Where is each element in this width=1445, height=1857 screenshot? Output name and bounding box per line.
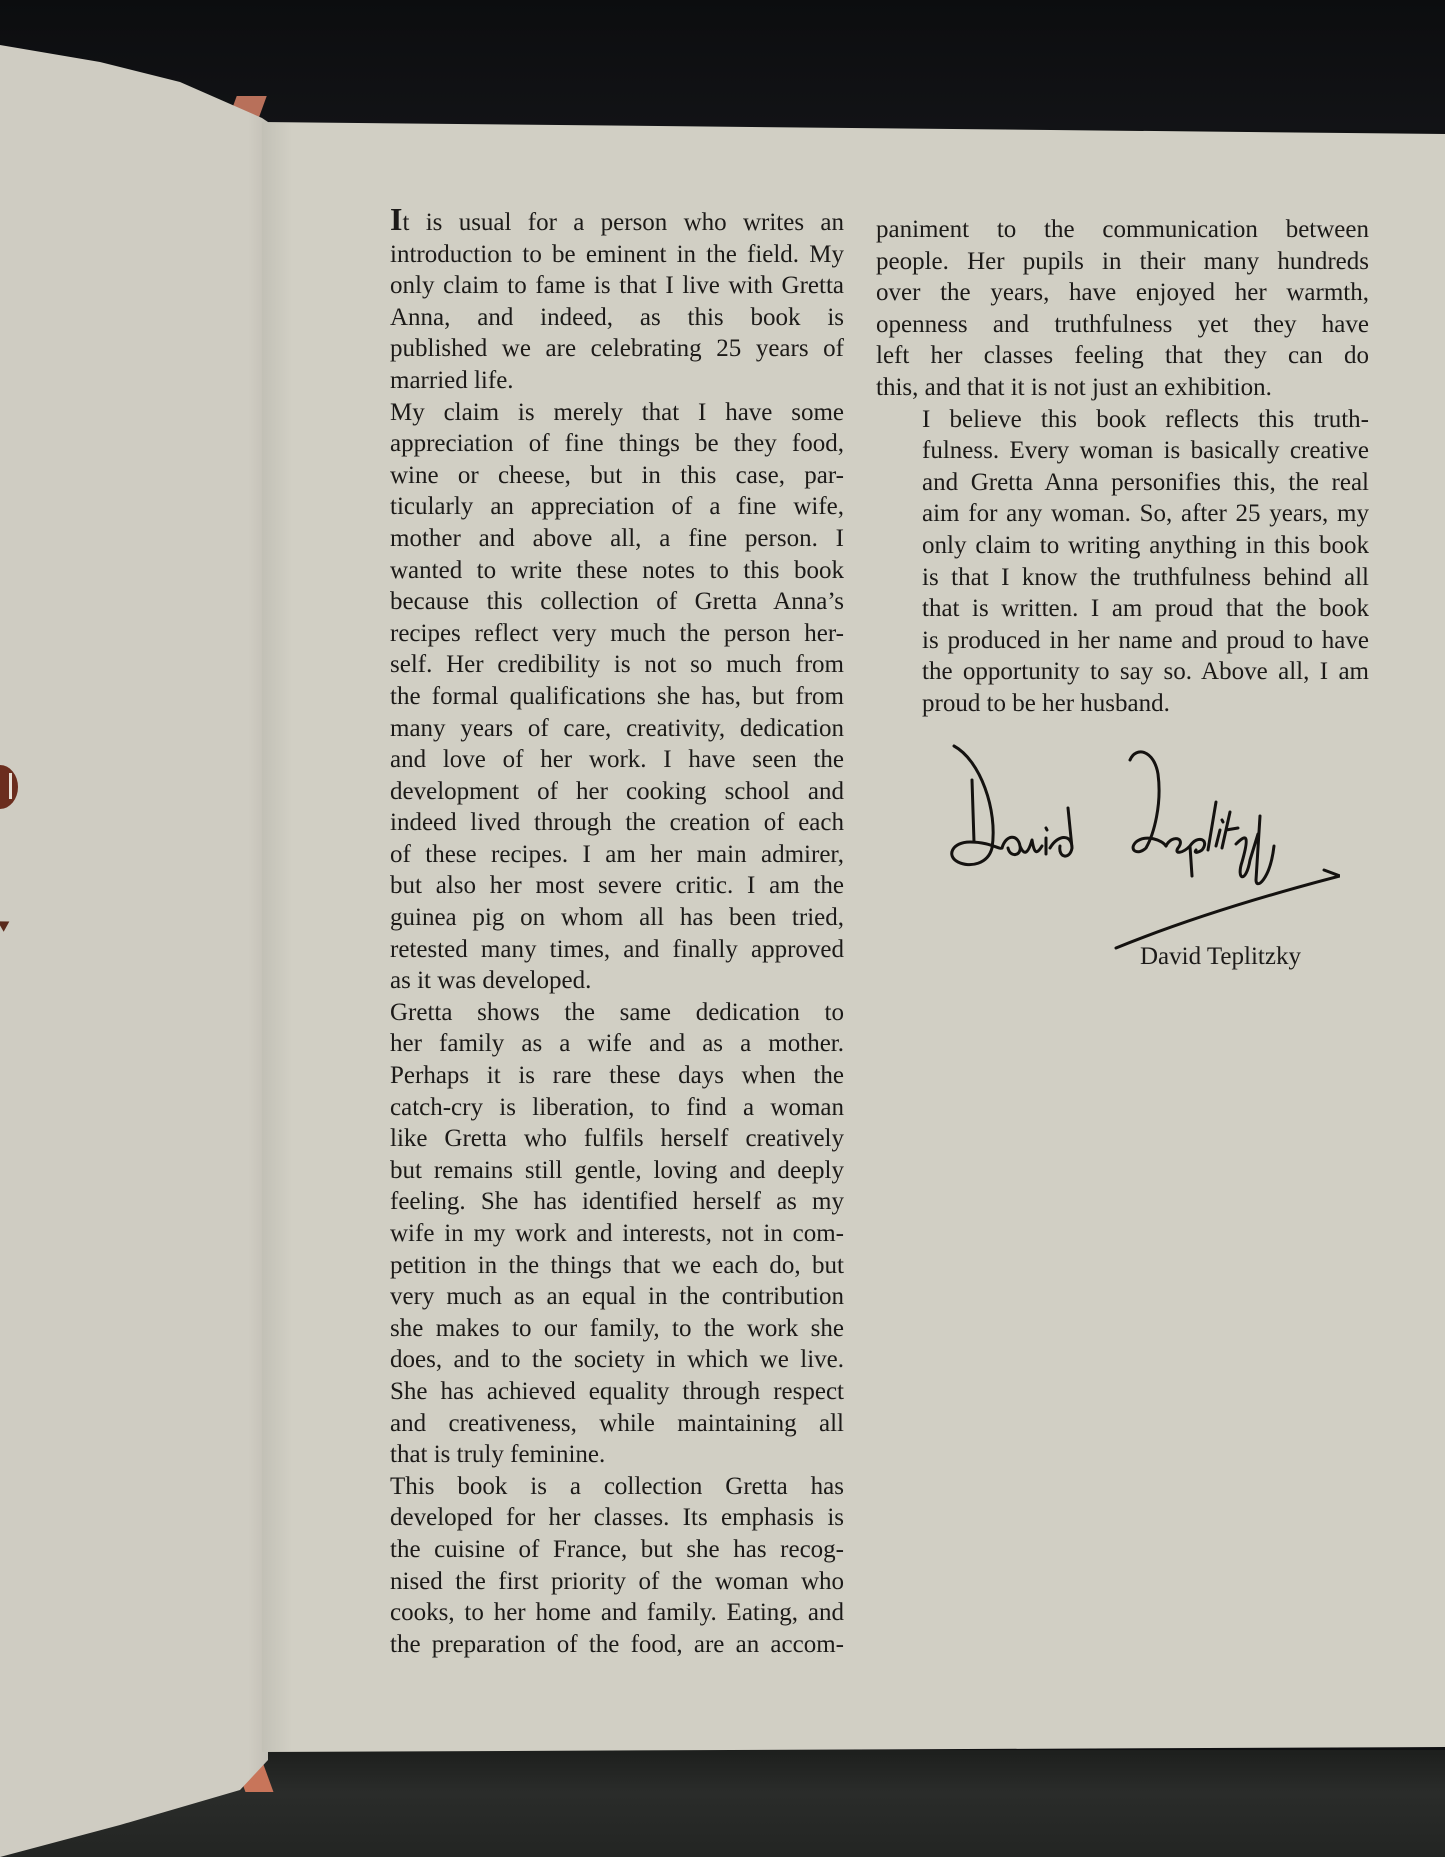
text-line: is that I know the truthfulness behind a… — [876, 562, 1369, 594]
text-line: paniment to the communication between — [876, 214, 1369, 246]
paragraph-1: It is usual for a person who writes an i… — [344, 204, 844, 397]
paragraph-4: This book is a collection Gretta has dev… — [344, 1471, 844, 1661]
text-line: guinea pig on whom all has been tried, — [344, 902, 844, 934]
paragraph-closing: I believe this book reflects this truth-… — [876, 404, 1369, 720]
handwritten-signature — [940, 730, 1340, 950]
text-line: her family as a wife and as a mother. — [344, 1028, 844, 1060]
text-line: and Gretta Anna personifies this, the re… — [876, 467, 1369, 499]
text-line: over the years, have enjoyed her warmth, — [876, 277, 1369, 309]
text-column-right: paniment to the communication between pe… — [876, 214, 1369, 720]
text-line: petition in the things that we each do, … — [344, 1250, 844, 1282]
text-line: I believe this book reflects this truth- — [876, 404, 1369, 436]
text-line: Anna, and indeed, as this book is — [344, 302, 844, 334]
text-line: Perhaps it is rare these days when the — [344, 1060, 844, 1092]
text-line: fulness. Every woman is basically creati… — [876, 435, 1369, 467]
text-line: self. Her credibility is not so much fro… — [344, 649, 844, 681]
text-line: the cuisine of France, but she has recog… — [344, 1534, 844, 1566]
text-line: and creativeness, while maintaining all — [344, 1408, 844, 1440]
text-column-left: It is usual for a person who writes an i… — [344, 204, 844, 1660]
text-line: recipes reflect very much the person her… — [344, 618, 844, 650]
text-line: the opportunity to say so. Above all, I … — [876, 656, 1369, 688]
text-line: aim for any woman. So, after 25 years, m… — [876, 498, 1369, 530]
drop-cap: I — [390, 201, 402, 237]
text-line: She has achieved equality through respec… — [344, 1376, 844, 1408]
text-line: people. Her pupils in their many hundred… — [876, 246, 1369, 278]
text-line: retested many times, and finally approve… — [344, 934, 844, 966]
text-line: this, and that it is not just an exhibit… — [876, 372, 1369, 404]
paragraph-continued: paniment to the communication between pe… — [876, 214, 1369, 404]
text-line: feeling. She has identified herself as m… — [344, 1186, 844, 1218]
text-line: catch-cry is liberation, to find a woman — [344, 1092, 844, 1124]
text-line: This book is a collection Gretta has — [344, 1471, 844, 1503]
text-line: It is usual for a person who writes an — [344, 204, 844, 239]
gutter-shadow-right — [262, 122, 292, 1752]
text-line: indeed lived through the creation of eac… — [344, 807, 844, 839]
signer-printed-name: David Teplitzky — [1140, 943, 1301, 971]
left-page — [0, 0, 268, 1857]
text-line: mother and above all, a fine person. I — [344, 523, 844, 555]
text-line: and love of her work. I have seen the — [344, 744, 844, 776]
text-line: the preparation of the food, are an acco… — [344, 1629, 844, 1661]
text-line: the formal qualifications she has, but f… — [344, 681, 844, 713]
text-line: introduction to be eminent in the field.… — [344, 239, 844, 271]
text-line: left her classes feeling that they can d… — [876, 340, 1369, 372]
text-line: but also her most severe critic. I am th… — [344, 870, 844, 902]
text-line: Gretta shows the same dedication to — [344, 997, 844, 1029]
text-line: My claim is merely that I have some — [344, 397, 844, 429]
paragraph-3: Gretta shows the same dedication to her … — [344, 997, 844, 1471]
text-line: development of her cooking school and — [344, 776, 844, 808]
text-line: wanted to write these notes to this book — [344, 555, 844, 587]
text-line: many years of care, creativity, dedicati… — [344, 713, 844, 745]
text-line: appreciation of fine things be they food… — [344, 428, 844, 460]
text-line: married life. — [344, 365, 844, 397]
text-line: is produced in her name and proud to hav… — [876, 625, 1369, 657]
text-line: developed for her classes. Its emphasis … — [344, 1502, 844, 1534]
text-line: because this collection of Gretta Anna’s — [344, 586, 844, 618]
paragraph-2: My claim is merely that I have some appr… — [344, 397, 844, 997]
text-line: of these recipes. I am her main admirer, — [344, 839, 844, 871]
text-line: nised the first priority of the woman wh… — [344, 1566, 844, 1598]
text-line: wine or cheese, but in this case, par- — [344, 460, 844, 492]
text-line: proud to be her husband. — [876, 688, 1369, 720]
text-line-content: t is usual for a person who writes an — [402, 209, 844, 236]
text-line: that is truly feminine. — [344, 1439, 844, 1471]
text-line: only claim to writing anything in this b… — [876, 530, 1369, 562]
text-line: but remains still gentle, loving and dee… — [344, 1155, 844, 1187]
text-line: published we are celebrating 25 years of — [344, 333, 844, 365]
signature-icon — [940, 730, 1340, 950]
text-line: she makes to our family, to the work she — [344, 1313, 844, 1345]
text-line: like Gretta who fulfils herself creative… — [344, 1123, 844, 1155]
text-line: cooks, to her home and family. Eating, a… — [344, 1597, 844, 1629]
text-line: very much as an equal in the contributio… — [344, 1281, 844, 1313]
text-line: as it was developed. — [344, 965, 844, 997]
text-line: only claim to fame is that I live with G… — [344, 270, 844, 302]
text-line: wife in my work and interests, not in co… — [344, 1218, 844, 1250]
text-line: ticularly an appreciation of a fine wife… — [344, 491, 844, 523]
text-line: that is written. I am proud that the boo… — [876, 593, 1369, 625]
text-line: openness and truthfulness yet they have — [876, 309, 1369, 341]
text-line: does, and to the society in which we liv… — [344, 1344, 844, 1376]
